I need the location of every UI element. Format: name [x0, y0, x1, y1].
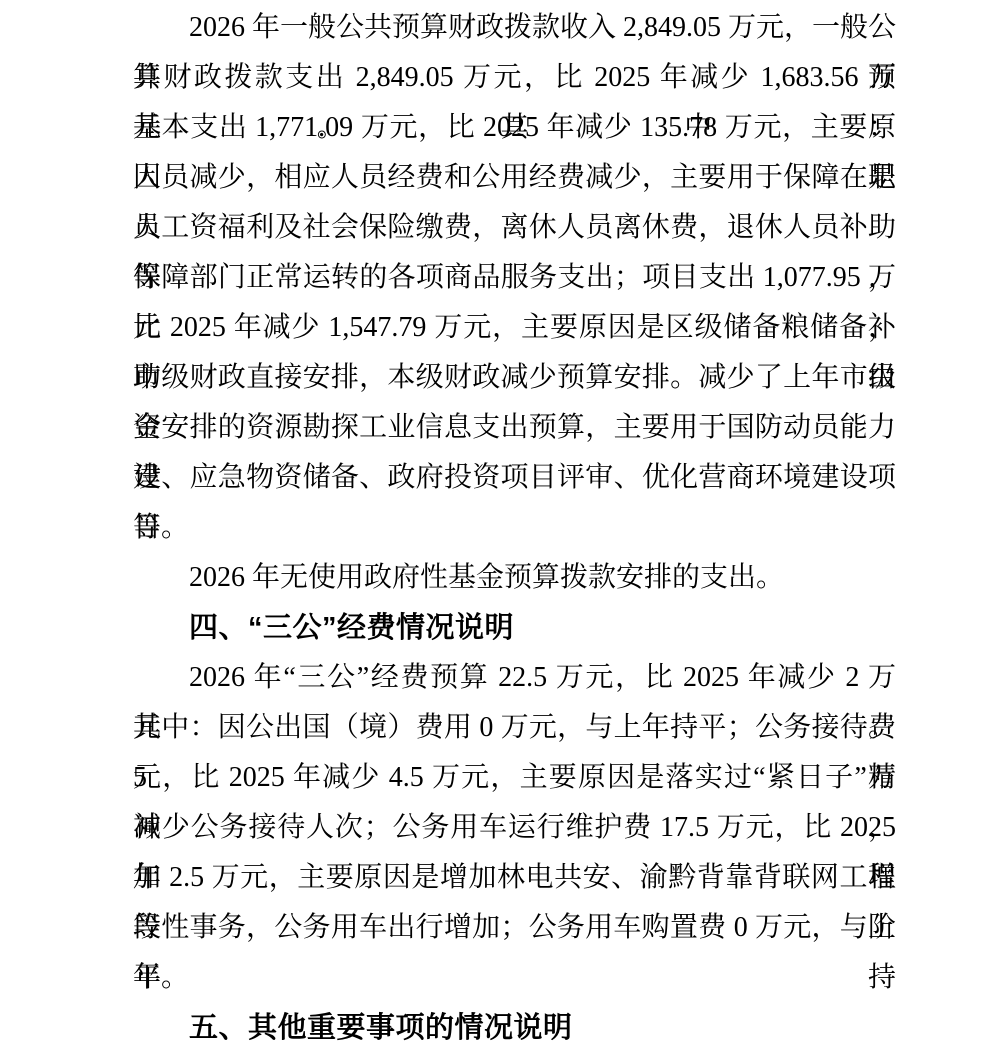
section-heading: 四、“三公”经费情况说明	[133, 603, 896, 653]
text-line: 金安排的资源勘探工业信息支出预算，主要用于国防动员能力建	[133, 403, 896, 453]
text-line: 保障部门正常运转的各项商品服务支出；项目支出 1,077.95 万元，	[133, 253, 896, 303]
text-line: 其中：因公出国（境）费用 0 万元，与上年持平；公务接待费 5 万	[133, 703, 896, 753]
text-line: 2026 年一般公共预算财政拨款收入 2,849.05 万元，一般公共预	[133, 3, 896, 53]
document-page: 2026 年一般公共预算财政拨款收入 2,849.05 万元，一般公共预算财政拨…	[133, 3, 896, 1053]
text-line: 算财政拨款支出 2,849.05 万元，比 2025 年减少 1,683.56 …	[133, 53, 896, 103]
text-line: 等。	[133, 503, 896, 553]
text-line: 设、应急物资储备、政府投资项目评审、优化营商环境建设项目	[133, 453, 896, 503]
text-line: 员工资福利及社会保险缴费，离休人员离休费，退休人员补助等，	[133, 203, 896, 253]
text-line: 市级财政直接安排，本级财政减少预算安排。减少了上年市级资	[133, 353, 896, 403]
text-line: 基本支出 1,771.09 万元，比 2025 年减少 135.78 万元，主要…	[133, 103, 896, 153]
text-line: 比 2025 年减少 1,547.79 万元，主要原因是区级储备粮储备补助由	[133, 303, 896, 353]
text-line: 人员减少，相应人员经费和公用经费减少，主要用于保障在职人	[133, 153, 896, 203]
text-line: 减少公务接待人次；公务用车运行维护费 17.5 万元，比 2025 年增	[133, 803, 896, 853]
text-line: 段性事务，公务用车出行增加；公务用车购置费 0 万元，与上年持	[133, 903, 896, 953]
text-line: 2026 年无使用政府性基金预算拨款安排的支出。	[133, 553, 896, 603]
text-line: 2026 年“三公”经费预算 22.5 万元，比 2025 年减少 2 万元。	[133, 653, 896, 703]
text-line: 元，比 2025 年减少 4.5 万元，主要原因是落实过“紧日子”精神，	[133, 753, 896, 803]
text-line: 加 2.5 万元，主要原因是增加林电共安、渝黔背靠背联网工程等阶	[133, 853, 896, 903]
section-heading: 五、其他重要事项的情况说明	[133, 1003, 896, 1053]
